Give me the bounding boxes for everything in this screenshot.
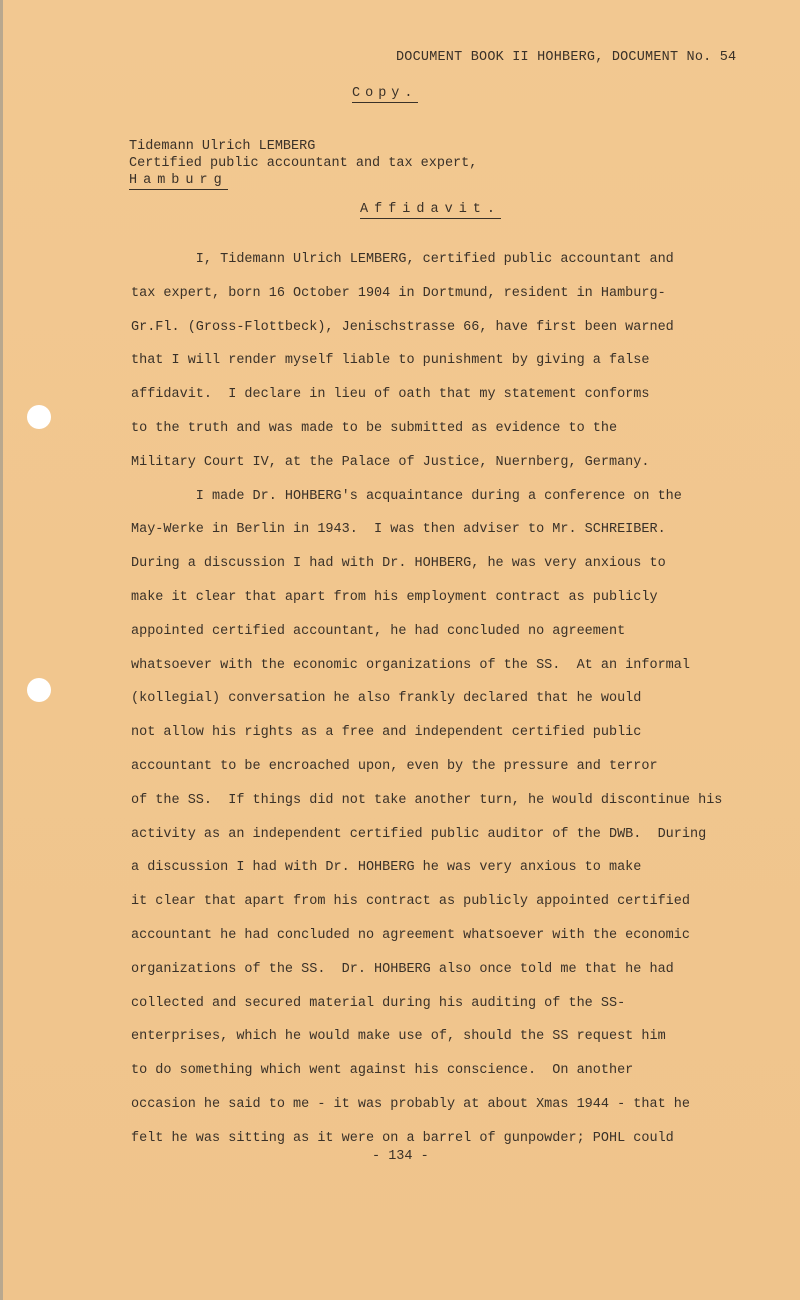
page-edge	[0, 0, 3, 1300]
body-line: that I will render myself liable to puni…	[131, 351, 771, 385]
body-line: During a discussion I had with Dr. HOHBE…	[131, 554, 771, 588]
body-line: it clear that apart from his contract as…	[131, 892, 771, 926]
body-line: not allow his rights as a free and indep…	[131, 723, 771, 757]
affidavit-body: I, Tidemann Ulrich LEMBERG, certified pu…	[131, 250, 771, 1163]
punch-hole	[27, 405, 51, 429]
body-line: I made Dr. HOHBERG's acquaintance during…	[131, 487, 771, 521]
body-line: affidavit. I declare in lieu of oath tha…	[131, 385, 771, 419]
body-line: accountant to be encroached upon, even b…	[131, 757, 771, 791]
body-line: organizations of the SS. Dr. HOHBERG als…	[131, 960, 771, 994]
body-line: make it clear that apart from his employ…	[131, 588, 771, 622]
document-reference: DOCUMENT BOOK II HOHBERG, DOCUMENT No. 5…	[396, 50, 736, 65]
body-line: May-Werke in Berlin in 1943. I was then …	[131, 520, 771, 554]
copy-label: Copy.	[352, 86, 418, 103]
body-line: Gr.Fl. (Gross-Flottbeck), Jenischstrasse…	[131, 318, 771, 352]
body-line: enterprises, which he would make use of,…	[131, 1027, 771, 1061]
body-line: Military Court IV, at the Palace of Just…	[131, 453, 771, 487]
body-line: felt he was sitting as it were on a barr…	[131, 1129, 771, 1163]
body-line: appointed certified accountant, he had c…	[131, 622, 771, 656]
document-title: Affidavit.	[360, 202, 501, 219]
document-page: DOCUMENT BOOK II HOHBERG, DOCUMENT No. 5…	[0, 0, 800, 1300]
body-line: of the SS. If things did not take anothe…	[131, 791, 771, 825]
body-line: (kollegial) conversation he also frankly…	[131, 689, 771, 723]
punch-hole	[27, 678, 51, 702]
body-line: activity as an independent certified pub…	[131, 825, 771, 859]
sender-name: Tidemann Ulrich LEMBERG	[129, 138, 477, 155]
body-line: whatsoever with the economic organizatio…	[131, 656, 771, 690]
body-line: a discussion I had with Dr. HOHBERG he w…	[131, 858, 771, 892]
body-line: occasion he said to me - it was probably…	[131, 1095, 771, 1129]
page-number: - 134 -	[372, 1149, 429, 1164]
sender-profession: Certified public accountant and tax expe…	[129, 155, 477, 172]
body-line: tax expert, born 16 October 1904 in Dort…	[131, 284, 771, 318]
body-line: to the truth and was made to be submitte…	[131, 419, 771, 453]
body-line: collected and secured material during hi…	[131, 994, 771, 1028]
sender-city: Hamburg	[129, 172, 228, 190]
body-line: to do something which went against his c…	[131, 1061, 771, 1095]
sender-block: Tidemann Ulrich LEMBERG Certified public…	[129, 138, 477, 190]
body-line: accountant he had concluded no agreement…	[131, 926, 771, 960]
body-line: I, Tidemann Ulrich LEMBERG, certified pu…	[131, 250, 771, 284]
